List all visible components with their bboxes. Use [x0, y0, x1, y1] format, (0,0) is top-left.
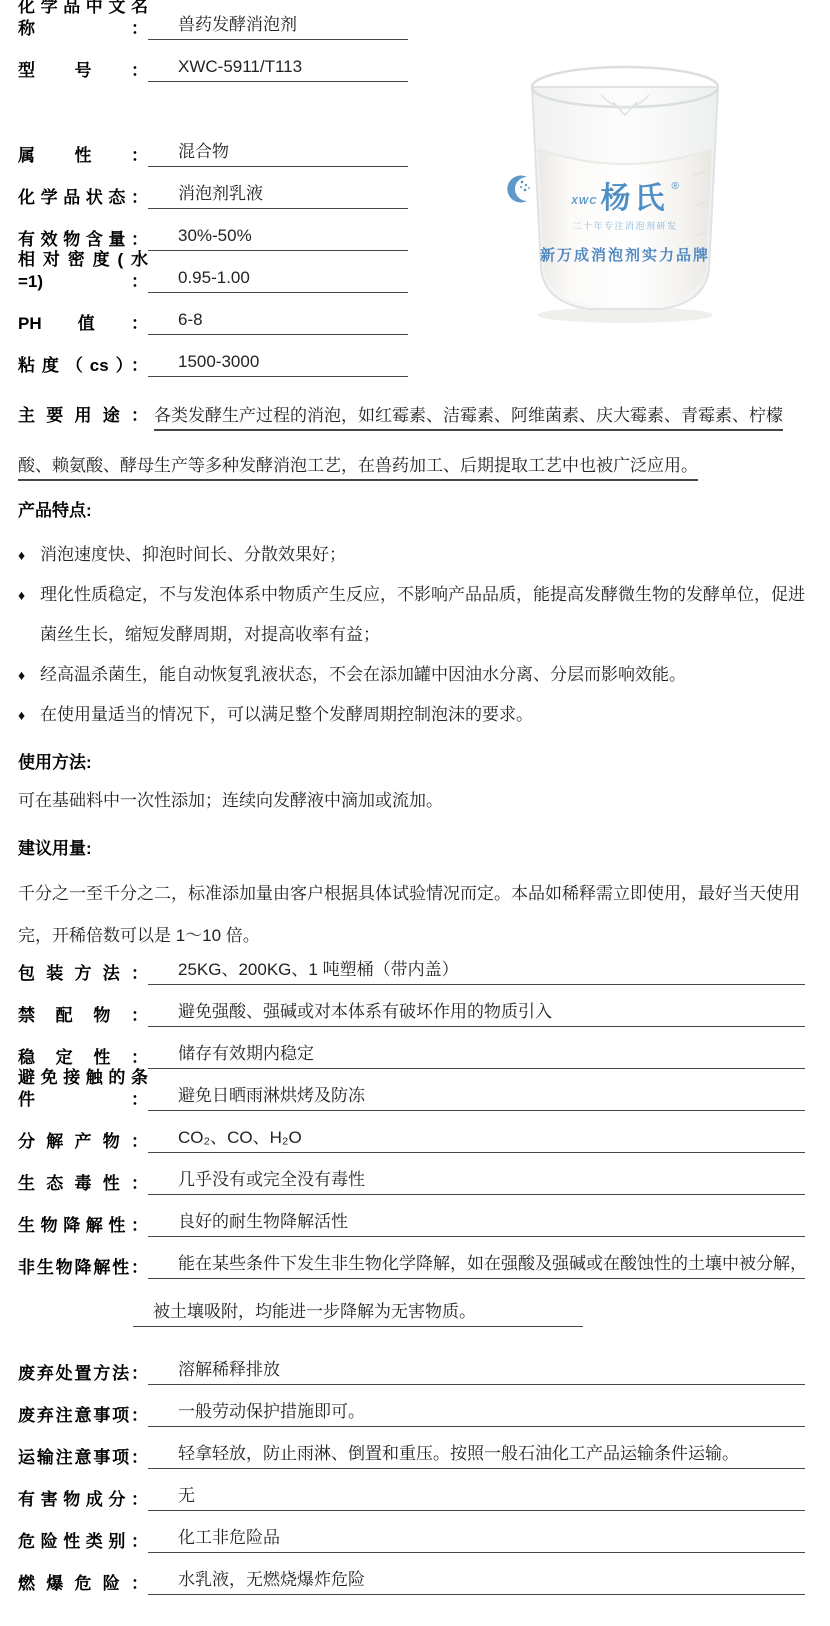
field-label: 有害物成分：: [18, 1489, 148, 1511]
field-abiotic-degradability-cont: 被土壤吸附，均能进一步降解为无害物质。: [18, 1299, 805, 1327]
field-label: 相对密度(水=1)：: [18, 249, 148, 293]
field-hazard-class: 危险性类别： 化工非危险品: [18, 1525, 805, 1553]
field-label: 运输注意事项：: [18, 1447, 148, 1469]
field-value: 溶解稀释排放: [148, 1359, 805, 1385]
field-label: 化学品状态：: [18, 187, 148, 209]
field-chinese-name: 化学品中文名称： 兽药发酵消泡剂: [18, 12, 805, 40]
field-conditions-to-avoid: 避免接触的条件： 避免日晒雨淋烘烤及防冻: [18, 1083, 805, 1111]
field-label: 粘度（cs）：: [18, 355, 148, 377]
field-label: 包装方法：: [18, 963, 148, 985]
field-biodegradability: 生物降解性： 良好的耐生物降解活性: [18, 1209, 805, 1237]
diamond-bullet-icon: ♦: [18, 655, 40, 695]
field-harmful-components: 有害物成分： 无: [18, 1483, 805, 1511]
field-value: 储存有效期内稳定: [148, 1043, 805, 1069]
field-waste-precautions: 废弃注意事项： 一般劳动保护措施即可。: [18, 1399, 805, 1427]
feature-item: ♦ 消泡速度快、抑泡时间长、分散效果好；: [18, 535, 805, 575]
field-fire-explosion-risk: 燃爆危险： 水乳液，无燃烧爆炸危险: [18, 1567, 805, 1595]
msds-document-page: XWC 杨氏 ® 二十年专注消泡剂研发 新万成消泡剂实力品牌 化学品中文名称： …: [0, 0, 830, 1626]
field-decomposition-products: 分解产物： CO₂、CO、H₂O: [18, 1125, 805, 1153]
field-value: 消泡剂乳液: [148, 183, 408, 209]
field-value: 一般劳动保护措施即可。: [148, 1401, 805, 1427]
field-value: 1500-3000: [148, 351, 408, 377]
feature-text: 理化性质稳定，不与发泡体系中物质产生反应，不影响产品品质，能提高发酵微生物的发酵…: [40, 575, 805, 655]
field-label: 主要用途：: [18, 391, 148, 441]
features-heading: 产品特点:: [18, 493, 805, 521]
field-label: 化学品中文名称：: [18, 0, 148, 40]
diamond-bullet-icon: ♦: [18, 535, 40, 575]
feature-item: ♦ 在使用量适当的情况下，可以满足整个发酵周期控制泡沫的要求。: [18, 695, 805, 735]
brand-logo: XWC 杨氏 ® 二十年专注消泡剂研发 新万成消泡剂实力品牌: [505, 173, 745, 265]
field-stability: 稳定性： 储存有效期内稳定: [18, 1041, 805, 1069]
field-packing-method: 包装方法： 25KG、200KG、1 吨塑桶（带内盖）: [18, 957, 805, 985]
field-value-continued: 被土壤吸附，均能进一步降解为无害物质。: [133, 1301, 583, 1327]
field-eco-toxicity: 生态毒性： 几乎没有或完全没有毒性: [18, 1167, 805, 1195]
field-label: 废弃处置方法：: [18, 1363, 148, 1385]
diamond-bullet-icon: ♦: [18, 695, 40, 735]
field-value: 水乳液，无燃烧爆炸危险: [148, 1569, 805, 1595]
field-value: 无: [148, 1485, 805, 1511]
dosage-text: 千分之一至千分之二，标准添加量由客户根据具体试验情况而定。本品如稀释需立即使用，…: [18, 873, 805, 957]
field-value: 30%-50%: [148, 225, 408, 251]
field-label: 非生物降解性：: [18, 1257, 148, 1279]
feature-item: ♦ 理化性质稳定，不与发泡体系中物质产生反应，不影响产品品质，能提高发酵微生物的…: [18, 575, 805, 655]
field-value: CO₂、CO、H₂O: [148, 1127, 805, 1153]
field-label: 危险性类别：: [18, 1531, 148, 1553]
field-label: 属性：: [18, 145, 148, 167]
feature-text: 在使用量适当的情况下，可以满足整个发酵周期控制泡沫的要求。: [40, 695, 805, 735]
field-waste-disposal: 废弃处置方法： 溶解稀释排放: [18, 1357, 805, 1385]
field-value: 避免强酸、强碱或对本体系有破坏作用的物质引入: [148, 1001, 805, 1027]
feature-text: 消泡速度快、抑泡时间长、分散效果好；: [40, 535, 805, 575]
field-label: 避免接触的条件：: [18, 1067, 148, 1111]
field-incompatible-materials: 禁配物： 避免强酸、强碱或对本体系有破坏作用的物质引入: [18, 999, 805, 1027]
field-transport-precautions: 运输注意事项： 轻拿轻放，防止雨淋、倒置和重压。按照一般石油化工产品运输条件运输…: [18, 1441, 805, 1469]
field-value: 化工非危险品: [148, 1527, 805, 1553]
field-label: 禁配物：: [18, 1005, 148, 1027]
field-value: 6-8: [148, 309, 408, 335]
field-label: 生物降解性：: [18, 1215, 148, 1237]
dosage-heading: 建议用量:: [18, 831, 805, 859]
field-value: XWC-5911/T113: [148, 56, 408, 82]
product-photo: XWC 杨氏 ® 二十年专注消泡剂研发 新万成消泡剂实力品牌: [505, 55, 745, 327]
usage-text: 可在基础料中一次性添加；连续向发酵液中滴加或流加。: [18, 787, 805, 815]
field-value: 0.95-1.00: [148, 267, 408, 293]
crescent-moon-icon: [505, 173, 537, 205]
field-label: 生态毒性：: [18, 1173, 148, 1195]
features-list: ♦ 消泡速度快、抑泡时间长、分散效果好； ♦ 理化性质稳定，不与发泡体系中物质产…: [18, 535, 805, 735]
feature-text: 经高温杀菌生，能自动恢复乳液状态，不会在添加罐中因油水分离、分层而影响效能。: [40, 655, 805, 695]
field-value: 避免日晒雨淋烘烤及防冻: [148, 1085, 805, 1111]
brand-name: 杨氏: [600, 173, 668, 217]
registered-mark-icon: ®: [671, 181, 678, 192]
field-label: 废弃注意事项：: [18, 1405, 148, 1427]
field-value: 良好的耐生物降解活性: [148, 1211, 805, 1237]
field-label: PH值：: [18, 313, 148, 335]
field-value: 轻拿轻放，防止雨淋、倒置和重压。按照一般石油化工产品运输条件运输。: [148, 1443, 805, 1469]
brand-slogan: 新万成消泡剂实力品牌: [505, 244, 745, 265]
field-abiotic-degradability: 非生物降解性： 能在某些条件下发生非生物化学降解，如在强酸及强碱或在酸蚀性的土壤…: [18, 1251, 805, 1279]
field-value: 兽药发酵消泡剂: [148, 14, 408, 40]
brand-tagline: 二十年专注消泡剂研发: [505, 219, 745, 232]
xwc-logo-text: XWC: [571, 196, 597, 207]
usage-heading: 使用方法:: [18, 745, 805, 773]
field-label: 有效物含量：: [18, 229, 148, 251]
field-label: 稳定性：: [18, 1047, 148, 1069]
field-label: 型号：: [18, 60, 148, 82]
field-label: 燃爆危险：: [18, 1573, 148, 1595]
field-value: 几乎没有或完全没有毒性: [148, 1169, 805, 1195]
field-label: 分解产物：: [18, 1131, 148, 1153]
field-main-use: 主要用途：各类发酵生产过程的消泡，如红霉素、洁霉素、阿维菌素、庆大霉素、青霉素、…: [18, 391, 805, 491]
field-value: 混合物: [148, 141, 408, 167]
field-viscosity: 粘度（cs）： 1500-3000: [18, 349, 805, 377]
feature-item: ♦ 经高温杀菌生，能自动恢复乳液状态，不会在添加罐中因油水分离、分层而影响效能。: [18, 655, 805, 695]
field-value: 能在某些条件下发生非生物化学降解，如在强酸及强碱或在酸蚀性的土壤中被分解，可: [148, 1253, 805, 1279]
field-value: 25KG、200KG、1 吨塑桶（带内盖）: [148, 959, 805, 985]
diamond-bullet-icon: ♦: [18, 575, 40, 655]
